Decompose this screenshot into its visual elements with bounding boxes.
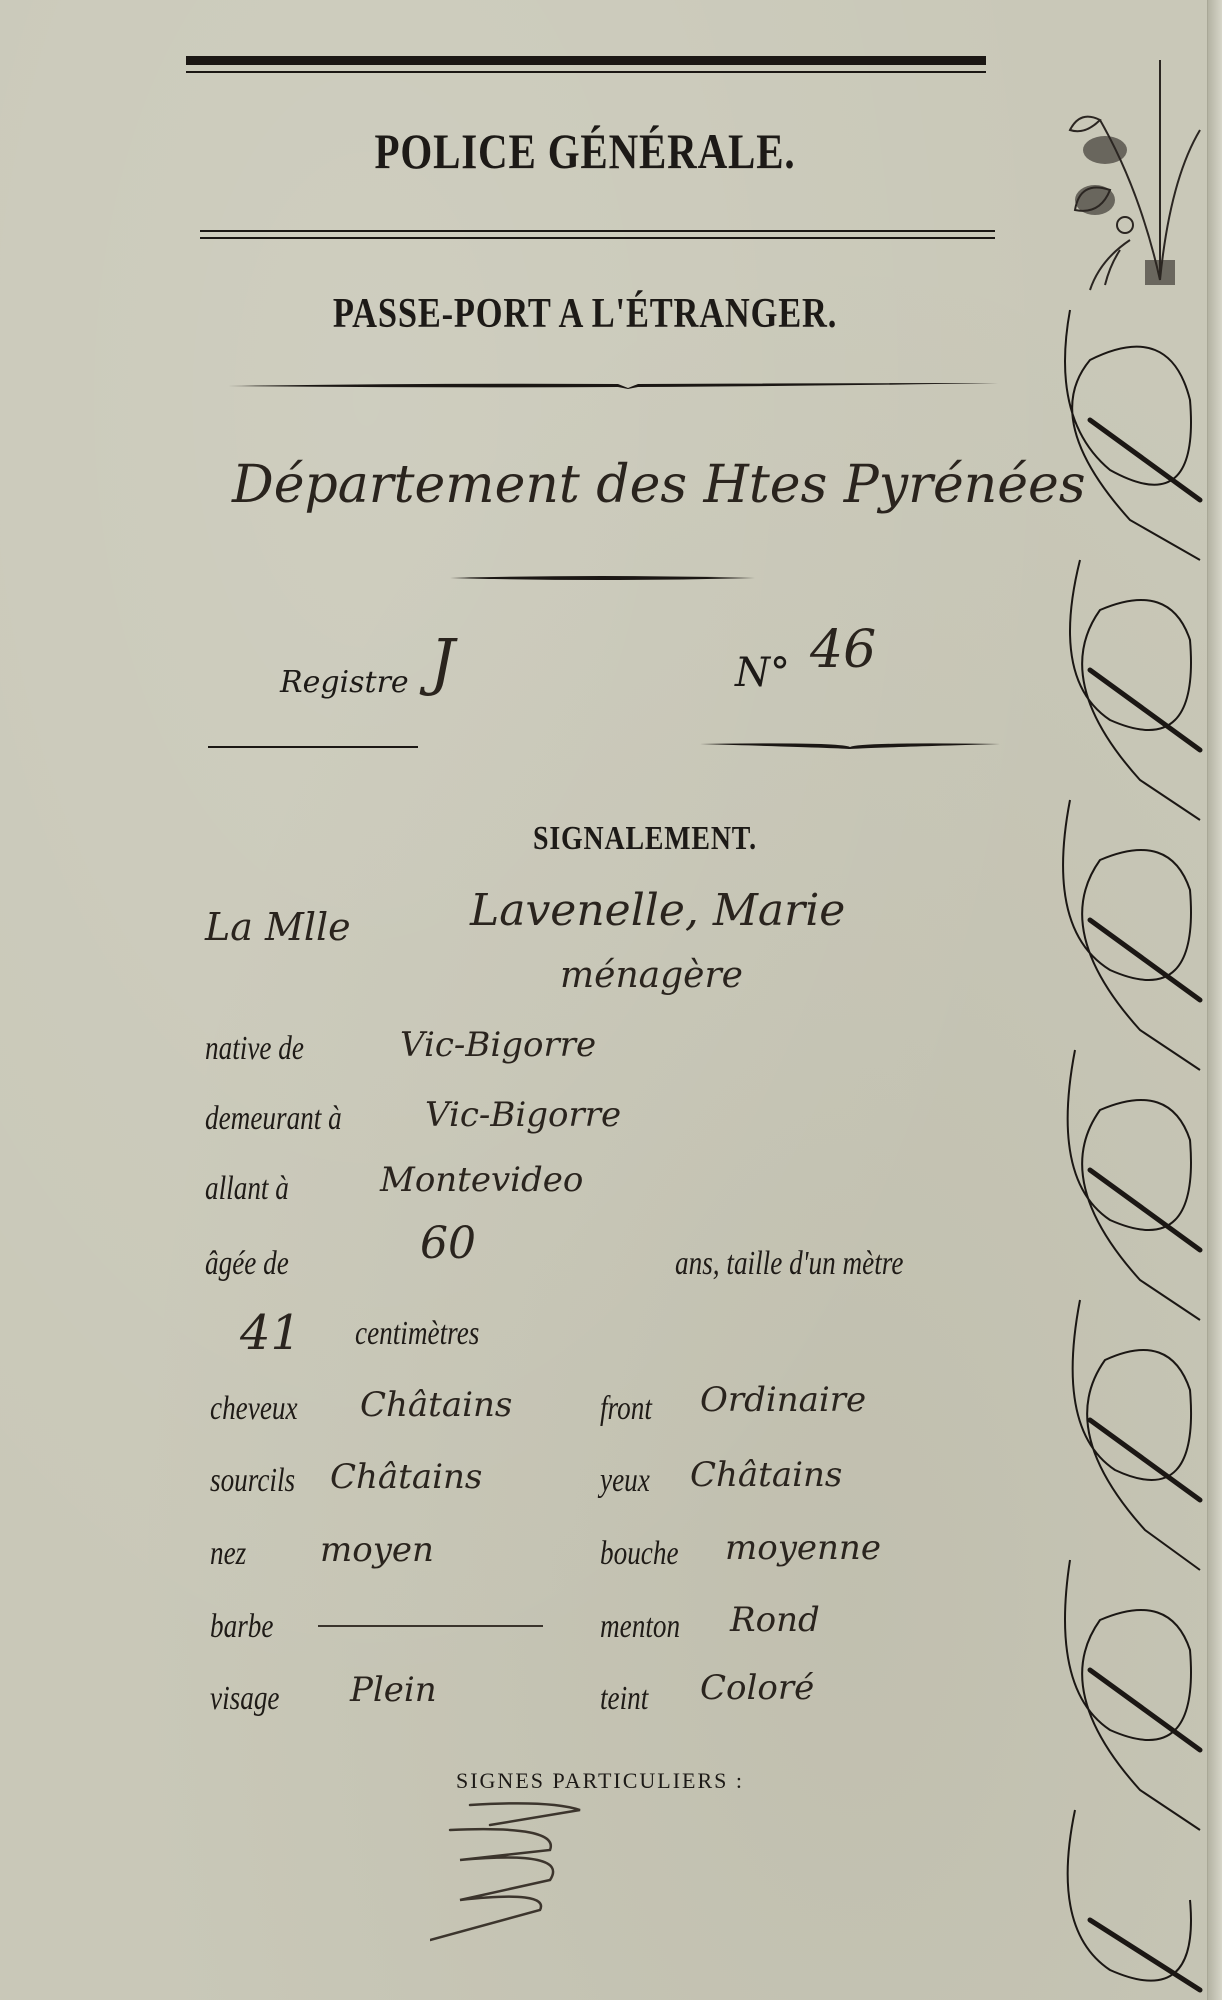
feature-label-complexion: teint <box>600 1680 648 1718</box>
page-edge <box>1207 0 1222 2000</box>
registre-value: J <box>430 625 455 698</box>
number-value: 46 <box>810 620 876 680</box>
subject-occupation: ménagère <box>560 955 743 996</box>
feature-label-beard: barbe <box>210 1608 273 1646</box>
top-rule-thin <box>186 71 986 73</box>
feature-value-eyes: Châtains <box>690 1455 842 1495</box>
registre-underline <box>208 746 418 748</box>
calligraphic-border-icon <box>1050 0 1210 2000</box>
height-label: ans, taille d'un mètre <box>675 1245 903 1283</box>
passport-subtitle: PASSE-PORT A L'ÉTRANGER. <box>105 290 1064 338</box>
feature-label-hair: cheveux <box>210 1390 298 1428</box>
feature-label-eyebrows: sourcils <box>210 1462 295 1500</box>
feature-label-forehead: front <box>600 1390 652 1428</box>
number-label: N° <box>735 650 790 696</box>
subject-name: Lavenelle, Marie <box>470 885 845 936</box>
age-value: 60 <box>420 1218 476 1269</box>
passport-page: POLICE GÉNÉRALE. PASSE-PORT A L'ÉTRANGER… <box>0 0 1210 2000</box>
going-label: allant à <box>205 1170 289 1208</box>
feature-label-eyes: yeux <box>600 1462 650 1500</box>
feature-value-face: Plein <box>350 1670 437 1710</box>
feature-value-forehead: Ordinaire <box>700 1380 866 1420</box>
residing-value: Vic-Bigorre <box>425 1095 621 1135</box>
particular-signs-label: SIGNES PARTICULIERS : <box>0 1768 1200 1794</box>
feature-value-hair: Châtains <box>360 1385 512 1425</box>
feature-value-chin: Rond <box>730 1600 820 1640</box>
height-cm-value: 41 <box>240 1305 301 1361</box>
department-line: Département des Htes Pyrénées <box>232 455 1086 515</box>
feature-value-nose: moyen <box>320 1530 434 1570</box>
native-value: Vic-Bigorre <box>400 1025 596 1065</box>
registre-label: Registre <box>280 665 409 700</box>
ornamental-rule <box>228 380 998 390</box>
feature-label-nose: nez <box>210 1535 246 1573</box>
feature-label-mouth: bouche <box>600 1535 679 1573</box>
feature-label-chin: menton <box>600 1608 680 1646</box>
going-value: Montevideo <box>380 1160 583 1200</box>
number-underline <box>700 740 1000 750</box>
feature-value-mouth: moyenne <box>725 1528 881 1568</box>
department-underline <box>450 573 755 583</box>
age-label: âgée de <box>205 1245 289 1283</box>
top-rule-thick <box>186 56 986 65</box>
feature-value-beard-line <box>318 1625 543 1627</box>
police-generale-title: POLICE GÉNÉRALE. <box>105 122 1064 180</box>
subject-prefix: La Mlle <box>205 905 351 949</box>
cancellation-squiggle-icon <box>430 1800 610 1950</box>
mid-rule-2 <box>200 237 995 239</box>
signalement-title: SIGNALEMENT. <box>165 820 1124 858</box>
feature-value-complexion: Coloré <box>700 1668 814 1708</box>
cm-label: centimètres <box>355 1315 479 1353</box>
feature-label-face: visage <box>210 1680 279 1718</box>
feature-value-eyebrows: Châtains <box>330 1457 482 1497</box>
residing-label: demeurant à <box>205 1100 342 1138</box>
mid-rule-1 <box>200 230 995 232</box>
native-label: native de <box>205 1030 304 1068</box>
